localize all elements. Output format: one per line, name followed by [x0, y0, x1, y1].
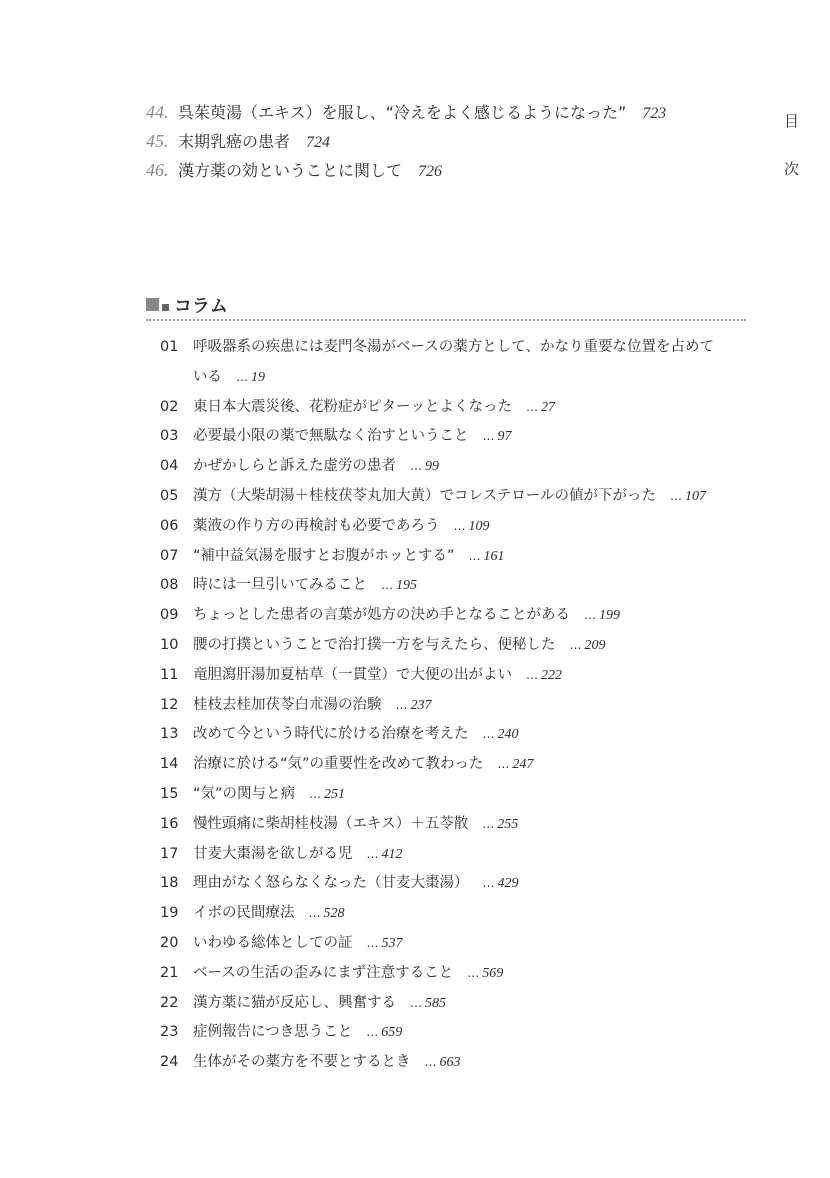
toc-entry-page: 724: [306, 134, 330, 151]
column-page: 195: [396, 578, 417, 593]
column-page: 109: [469, 519, 490, 534]
column-title: 竜胆瀉肝湯加夏枯草（一貫堂）で大便の出がよい: [193, 667, 512, 683]
leader-dots: …: [381, 578, 394, 592]
column-number: 07: [160, 542, 193, 572]
column-title: “補中益気湯を服すとお腹がホッとする”: [193, 548, 455, 564]
toc-entry-title: 漢方薬の効ということに関して: [178, 161, 402, 180]
side-label-moku: 目: [784, 110, 799, 131]
square-bullet-small-icon: [162, 304, 169, 311]
toc-entry-title: 末期乳癌の患者: [178, 132, 290, 151]
column-page: 247: [512, 757, 533, 772]
column-title: イボの民間療法: [193, 905, 295, 921]
column-title: 呼吸器系の疾患には麦門冬湯がベースの薬方として、かなり重要な位置を占めて: [193, 339, 714, 355]
column-number: 13: [160, 720, 193, 750]
column-number: 12: [160, 691, 193, 721]
column-page: 99: [425, 459, 439, 474]
column-page: 569: [482, 966, 503, 981]
column-title: かぜかしらと訴えた虚労の患者: [193, 458, 396, 474]
column-title: 症例報告につき思うこと: [193, 1024, 352, 1040]
column-entry[interactable]: 15“気”の関与と病…251: [160, 780, 760, 810]
section-title: コラム: [174, 292, 228, 318]
column-page: 537: [382, 936, 403, 951]
column-page: 222: [541, 668, 562, 683]
column-title: 治療に於ける“気”の重要性を改めて教わった: [193, 756, 483, 772]
column-entry[interactable]: 18理由がなく怒らなくなった（甘麦大棗湯）…429: [160, 869, 760, 899]
leader-dots: …: [410, 996, 423, 1010]
column-page: 97: [498, 429, 512, 444]
column-number: 24: [160, 1048, 193, 1078]
column-entry[interactable]: 23症例報告につき思うこと…659: [160, 1018, 760, 1048]
column-title: 生体がその薬方を不要とするとき: [193, 1054, 411, 1070]
leader-dots: …: [482, 817, 495, 831]
leader-dots: …: [467, 966, 480, 980]
column-number: 08: [160, 571, 193, 601]
toc-entry-number: 44.: [146, 98, 174, 127]
column-title: いわゆる総体としての証: [193, 935, 353, 951]
leader-dots: …: [425, 1055, 438, 1069]
column-title: 薬液の作り方の再検討も必要であろう: [193, 518, 440, 534]
toc-entry-number: 45.: [146, 127, 174, 156]
column-title: ちょっとした患者の言葉が処方の決め手となることがある: [193, 607, 570, 623]
square-bullet-icon: [146, 298, 159, 311]
column-entry[interactable]: 06薬液の作り方の再検討も必要であろう…109: [160, 512, 760, 542]
leader-dots: …: [570, 638, 583, 652]
column-title: 改めて今という時代に於ける治療を考えた: [193, 726, 469, 742]
column-entry[interactable]: 08時には一旦引いてみること…195: [160, 571, 760, 601]
toc-entry-page: 726: [418, 163, 442, 180]
column-number: 04: [160, 452, 193, 482]
column-number: 23: [160, 1018, 193, 1048]
column-title: 桂枝去桂加茯苓白朮湯の治験: [193, 697, 382, 713]
column-number: 03: [160, 422, 193, 452]
toc-entry-page: 723: [642, 105, 666, 122]
column-list: 01 呼吸器系の疾患には麦門冬湯がベースの薬方として、かなり重要な位置を占めて …: [160, 333, 760, 1078]
column-page: 429: [498, 876, 519, 891]
column-title: “気”の関与と病: [193, 786, 295, 802]
leader-dots: …: [366, 1025, 379, 1039]
column-page: 199: [599, 608, 620, 623]
column-entry[interactable]: 24生体がその薬方を不要とするとき…663: [160, 1048, 760, 1078]
column-entry[interactable]: 12桂枝去桂加茯苓白朮湯の治験…237: [160, 691, 760, 721]
column-title: 必要最小限の薬で無駄なく治すということ: [193, 428, 469, 444]
column-page: 659: [381, 1025, 402, 1040]
leader-dots: …: [526, 668, 539, 682]
section-heading-column: コラム: [146, 293, 746, 321]
column-page: 161: [484, 549, 505, 564]
column-page: 255: [497, 817, 518, 832]
column-entry[interactable]: 09ちょっとした患者の言葉が処方の決め手となることがある…199: [160, 601, 760, 631]
column-number: 17: [160, 840, 193, 870]
leader-dots: …: [584, 608, 597, 622]
column-entry[interactable]: 14治療に於ける“気”の重要性を改めて教わった…247: [160, 750, 760, 780]
leader-dots: …: [497, 757, 510, 771]
column-page: 412: [382, 847, 403, 862]
column-number: 15: [160, 780, 193, 810]
column-entry[interactable]: 17甘麦大棗湯を欲しがる児…412: [160, 840, 760, 870]
column-number: 09: [160, 601, 193, 631]
leader-dots: …: [483, 429, 496, 443]
leader-dots: …: [396, 698, 409, 712]
column-page: 240: [498, 727, 519, 742]
column-entry[interactable]: 22漢方薬に猫が反応し、興奮する…585: [160, 989, 760, 1019]
leader-dots: …: [410, 459, 423, 473]
column-page: 663: [440, 1055, 461, 1070]
column-number: 01: [160, 333, 193, 393]
column-number: 02: [160, 393, 193, 423]
column-title: 甘麦大棗湯を欲しがる児: [193, 846, 353, 862]
column-page: 107: [685, 489, 706, 504]
column-entry[interactable]: 20いわゆる総体としての証…537: [160, 929, 760, 959]
leader-dots: …: [236, 370, 249, 384]
column-title: 東日本大震災後、花粉症がピターッとよくなった: [193, 399, 512, 415]
toc-entry-number: 46.: [146, 156, 174, 185]
leader-dots: …: [526, 400, 539, 414]
column-entry[interactable]: 07“補中益気湯を服すとお腹がホッとする”…161: [160, 542, 760, 572]
leader-dots: …: [483, 727, 496, 741]
column-number: 06: [160, 512, 193, 542]
column-page: 585: [425, 996, 446, 1011]
column-entry[interactable]: 04かぜかしらと訴えた虚労の患者…99: [160, 452, 760, 482]
column-number: 14: [160, 750, 193, 780]
leader-dots: …: [367, 936, 380, 950]
column-entry[interactable]: 13改めて今という時代に於ける治療を考えた…240: [160, 720, 760, 750]
column-page: 27: [541, 400, 555, 415]
column-entry[interactable]: 05漢方（大柴胡湯＋桂枝茯苓丸加大黄）でコレステロールの値が下がった…107: [160, 482, 760, 512]
column-number: 05: [160, 482, 193, 512]
column-number: 20: [160, 929, 193, 959]
leader-dots: …: [367, 847, 380, 861]
column-title: 理由がなく怒らなくなった（甘麦大棗湯）: [193, 875, 469, 891]
column-number: 10: [160, 631, 193, 661]
column-page: 19: [251, 370, 265, 385]
column-entry[interactable]: 21ベースの生活の歪みにまず注意すること…569: [160, 959, 760, 989]
leader-dots: …: [309, 787, 322, 801]
column-number: 11: [160, 661, 193, 691]
column-entry[interactable]: 16慢性頭痛に柴胡桂枝湯（エキス）＋五苓散…255: [160, 810, 760, 840]
toc-entry-title: 呉茱萸湯（エキス）を服し、“冷えをよく感じるようになった”: [178, 103, 626, 122]
column-page: 209: [585, 638, 606, 653]
toc-entry[interactable]: 44.呉茱萸湯（エキス）を服し、“冷えをよく感じるようになった”723: [146, 98, 666, 127]
column-number: 21: [160, 959, 193, 989]
toc-top-list: 44.呉茱萸湯（エキス）を服し、“冷えをよく感じるようになった”723 45.末…: [146, 98, 666, 185]
column-page: 251: [324, 787, 345, 802]
column-number: 18: [160, 869, 193, 899]
column-title: 漢方薬に猫が反応し、興奮する: [193, 995, 396, 1011]
column-title: 時には一旦引いてみること: [193, 577, 367, 593]
leader-dots: …: [309, 906, 322, 920]
column-title-cont: いる: [193, 369, 222, 385]
column-number: 19: [160, 899, 193, 929]
column-title: 漢方（大柴胡湯＋桂枝茯苓丸加大黄）でコレステロールの値が下がった: [193, 488, 656, 504]
side-label-ji: 次: [784, 158, 799, 179]
leader-dots: …: [483, 876, 496, 890]
column-page: 237: [411, 698, 432, 713]
toc-entry[interactable]: 46.漢方薬の効ということに関して726: [146, 156, 666, 185]
column-entry[interactable]: 02東日本大震災後、花粉症がピターッとよくなった…27: [160, 393, 760, 423]
column-entry[interactable]: 19イボの民間療法…528: [160, 899, 760, 929]
column-page: 528: [324, 906, 345, 921]
column-title: ベースの生活の歪みにまず注意すること: [193, 965, 453, 981]
leader-dots: …: [670, 489, 683, 503]
column-entry[interactable]: 11竜胆瀉肝湯加夏枯草（一貫堂）で大便の出がよい…222: [160, 661, 760, 691]
column-title: 腰の打撲ということで治打撲一方を与えたら、便秘した: [193, 637, 556, 653]
leader-dots: …: [469, 549, 482, 563]
column-title: 慢性頭痛に柴胡桂枝湯（エキス）＋五苓散: [193, 816, 468, 832]
column-entry[interactable]: 03必要最小限の薬で無駄なく治すということ…97: [160, 422, 760, 452]
column-entry[interactable]: 01 呼吸器系の疾患には麦門冬湯がベースの薬方として、かなり重要な位置を占めて …: [160, 333, 760, 393]
column-entry[interactable]: 10腰の打撲ということで治打撲一方を与えたら、便秘した…209: [160, 631, 760, 661]
column-number: 22: [160, 989, 193, 1019]
toc-entry[interactable]: 45.末期乳癌の患者724: [146, 127, 666, 156]
leader-dots: …: [454, 519, 467, 533]
column-number: 16: [160, 810, 193, 840]
